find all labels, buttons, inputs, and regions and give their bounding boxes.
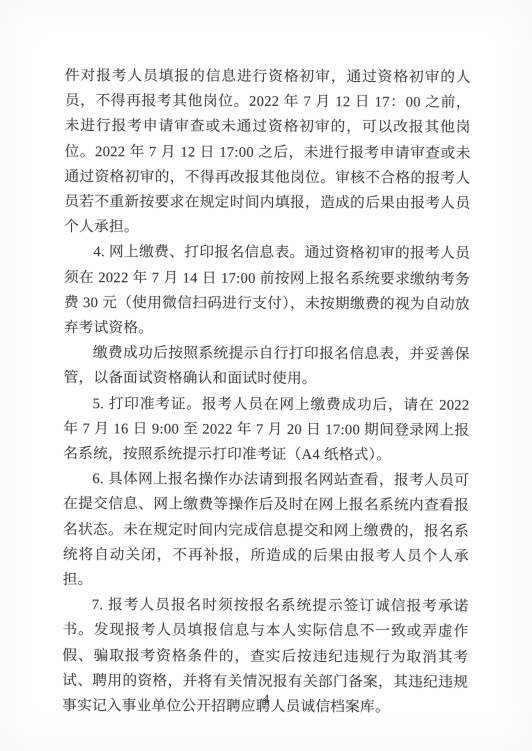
paragraph-qualification-review-continuation: 件对报考人员填报的信息进行资格初审，通过资格初审的人员，不得再报考其他岗位。20… [64,64,471,242]
document-body-text: 件对报考人员填报的信息进行资格初审，通过资格初审的人员，不得再报考其他岗位。20… [62,64,471,721]
scanned-document-page: 件对报考人员填报的信息进行资格初审，通过资格初审的人员，不得再报考其他岗位。20… [0,0,532,751]
page-number: 4 [0,692,532,707]
paragraph-item-6-registration-status: 6. 具体网上报名操作办法请到报名网站查看，报考人员可在提交信息、网上缴费等操作… [63,467,470,595]
paragraph-item-5-print-admission-ticket: 5. 打印准考证。报考人员在网上缴费成功后，请在 2022 年 7 月 16 日… [63,392,469,469]
paragraph-item-4-online-payment: 4. 网上缴费、打印报名信息表。通过资格初审的报考人员须在 2022 年 7 月… [64,240,470,343]
paragraph-payment-success-note: 缴费成功后按照系统提示自行打印报名信息表，并妥善保管，以备面试资格确认和面试时使… [64,341,470,393]
